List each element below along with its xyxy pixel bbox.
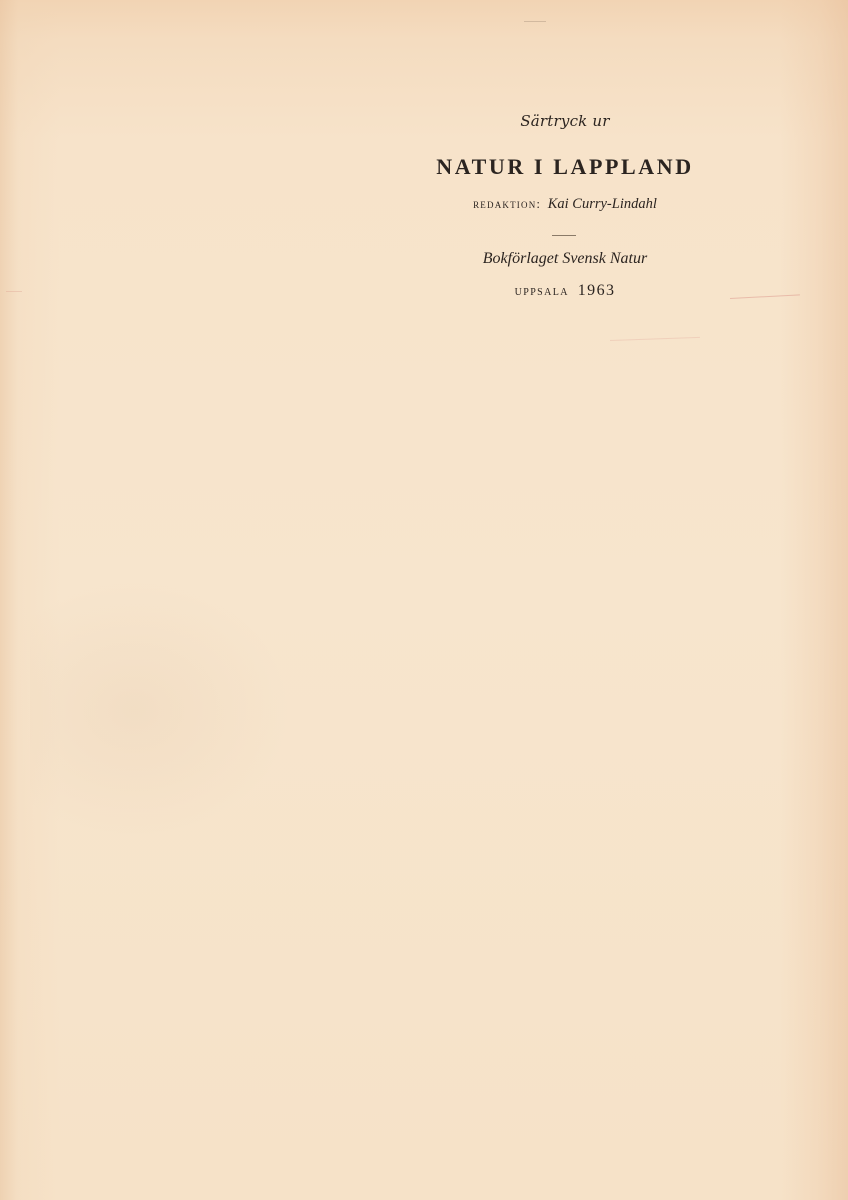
- publication-city: UPPSALA: [515, 284, 569, 299]
- paper-mark: [730, 294, 800, 299]
- publication-year: 1963: [578, 282, 616, 299]
- paper-mark: [524, 21, 546, 22]
- paper-page: Särtryck ur NATUR I LAPPLAND REDAKTION: …: [0, 0, 848, 1200]
- paper-shading: [30, 580, 290, 840]
- divider-rule: [552, 235, 576, 236]
- editor-name: Kai Curry-Lindahl: [548, 196, 657, 212]
- imprint-line: UPPSALA 1963: [400, 282, 730, 300]
- publisher-name: Bokförlaget Svensk Natur: [400, 250, 730, 268]
- reprint-subtitle: Särtryck ur: [400, 112, 730, 130]
- book-title: NATUR I LAPPLAND: [400, 154, 730, 180]
- paper-mark: [610, 337, 700, 341]
- paper-mark: [6, 291, 22, 292]
- editor-line: REDAKTION: Kai Curry-Lindahl: [400, 196, 730, 213]
- editor-label: REDAKTION:: [473, 196, 541, 211]
